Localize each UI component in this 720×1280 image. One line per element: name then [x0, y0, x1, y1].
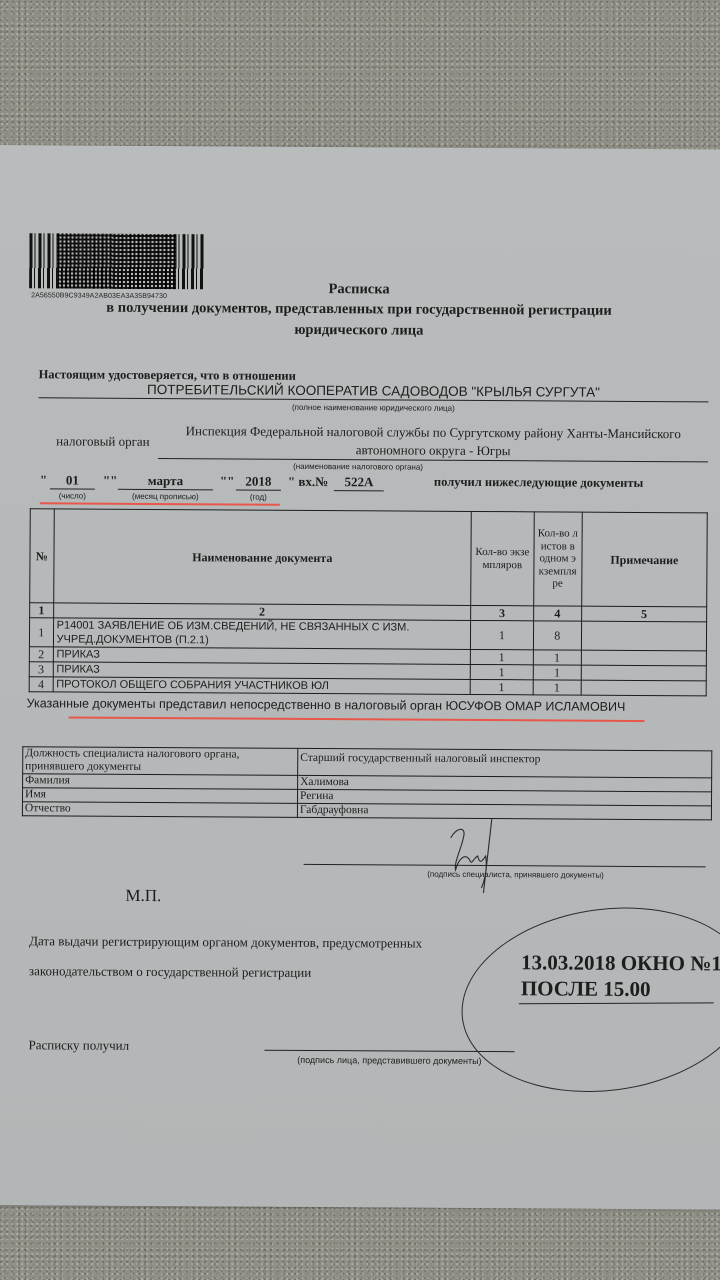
header-document-name: Наименование документа [53, 509, 471, 606]
entity-name-caption: (полное наименование юридического лица) [38, 401, 708, 414]
incoming-number-label: " вх.№ [288, 474, 328, 490]
document-page: 2A56550B9C9349A2AB03EA3A35B94730 Расписк… [0, 145, 720, 1210]
staff-label: Фамилия [23, 774, 298, 790]
row-sheets: 8 [533, 621, 581, 650]
date-day: 01 [50, 472, 95, 489]
issue-date-label-line1: Дата выдачи регистрирующим органом докум… [29, 933, 422, 951]
staff-label: Отчество [22, 802, 297, 818]
staff-row-position: Должность специалиста налогового органа,… [23, 747, 712, 778]
quote-mark: "" [220, 473, 235, 489]
quote-mark: "" [103, 473, 118, 489]
column-number: 3 [471, 605, 534, 620]
highlight-underline-date [40, 502, 280, 505]
seal-label: М.П. [125, 886, 161, 906]
staff-label: Должность специалиста налогового органа,… [23, 747, 298, 776]
receipt-label: Расписку получил [28, 1037, 129, 1054]
documents-table: № Наименование документа Кол-во экземпля… [29, 508, 708, 696]
staff-value: Старший государственный налоговый инспек… [298, 748, 712, 778]
highlight-underline-presenter [68, 716, 644, 722]
date-month-caption: (месяц прописью) [118, 492, 213, 502]
row-copies: 1 [470, 620, 533, 649]
header-copies: Кол-во экземпляров [471, 511, 534, 605]
column-number: 4 [533, 606, 581, 621]
row-note [581, 680, 706, 696]
tax-authority-label: налоговый орган [56, 433, 150, 450]
incoming-number: 522А [334, 474, 384, 491]
receipt-signature-caption: (подпись лица, представившего документы) [264, 1055, 514, 1067]
row-no: 1 [29, 618, 53, 647]
receipt-signature-line [264, 1050, 514, 1053]
row-copies: 1 [470, 664, 533, 679]
date-month: марта [118, 473, 213, 491]
column-number: 5 [581, 606, 706, 622]
row-note [581, 665, 706, 681]
row-note [581, 650, 706, 666]
tax-authority-name-line2: автономного округа - Югры [158, 441, 708, 462]
date-year-caption: (год) [236, 493, 281, 502]
row-copies: 1 [470, 679, 533, 694]
date-year: 2018 [236, 474, 281, 491]
row-no: 2 [29, 647, 53, 662]
entity-name: ПОТРЕБИТЕЛЬСКИЙ КООПЕРАТИВ САДОВОДОВ "КР… [38, 381, 708, 402]
row-no: 4 [29, 677, 53, 692]
header-note: Примечание [582, 512, 708, 607]
date-line: " 01 "" марта "" 2018 " вх.№ 522А получи… [0, 145, 720, 150]
tax-authority-name-line1: Инспекция Федеральной налоговой службы п… [158, 423, 708, 442]
issue-date-stamp-line2: ПОСЛЕ 15.00 [521, 976, 651, 1002]
row-sheets: 1 [533, 650, 581, 665]
handwritten-signature-icon [425, 808, 536, 899]
specialist-signature-caption: (подпись специалиста, принявшего докумен… [366, 869, 666, 880]
header-sheets: Кол-во листов в одном экземпляре [533, 512, 582, 606]
staff-row-patronymic: Отчество Габдрауфовна [22, 802, 711, 820]
quote-mark: " [40, 472, 47, 488]
row-document-name: Р14001 ЗАЯВЛЕНИЕ ОБ ИЗМ.СВЕДЕНИЙ, НЕ СВЯ… [53, 618, 471, 650]
document-subtitle-line1: в получении документов, представленных п… [0, 299, 720, 321]
presenter-text: Указанные документы представил непосредс… [27, 696, 442, 713]
row-document-name: ПРОТОКОЛ ОБЩЕГО СОБРАНИЯ УЧАСТНИКОВ ЮЛ [53, 677, 471, 695]
issue-date-label-line2: законодательством о государственной реги… [29, 963, 311, 981]
tax-authority-caption: (наименование налогового органа) [158, 461, 558, 472]
document-subtitle-line2: юридического лица [0, 320, 720, 342]
row-copies: 1 [470, 649, 533, 664]
received-text: получил нижеследующие документы [434, 475, 643, 491]
column-number: 1 [30, 603, 54, 618]
issue-date-stamp-line1: 13.03.2018 ОКНО №1 [521, 950, 720, 976]
date-day-caption: (число) [50, 491, 95, 500]
header-no: № [30, 509, 54, 603]
row-no: 3 [29, 662, 53, 677]
presenter-line: Указанные документы представил непосредс… [27, 696, 626, 714]
staff-table: Должность специалиста налогового органа,… [22, 746, 712, 820]
table-row: 1 Р14001 ЗАЯВЛЕНИЕ ОБ ИЗМ.СВЕДЕНИЙ, НЕ С… [29, 618, 706, 651]
presenter-name: ЮСУФОВ ОМАР ИСЛАМОВИЧ [445, 699, 625, 714]
table-row: 4 ПРОТОКОЛ ОБЩЕГО СОБРАНИЯ УЧАСТНИКОВ ЮЛ… [29, 677, 706, 696]
row-note [581, 621, 706, 651]
row-sheets: 1 [533, 665, 581, 680]
row-sheets: 1 [533, 680, 581, 695]
